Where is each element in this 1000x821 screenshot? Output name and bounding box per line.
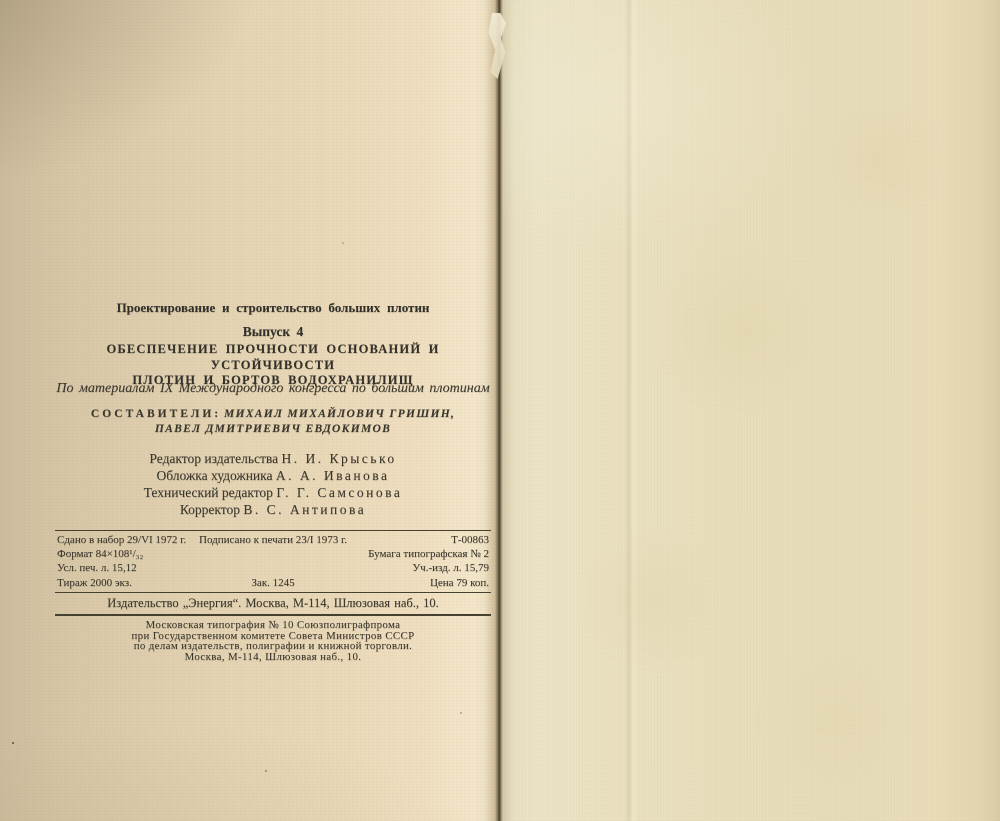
imprint-cell: Бумага типографская № 2 <box>358 547 489 561</box>
imprint-row: Усл. печ. л. 15,12 Уч.-изд. л. 15,79 <box>57 561 489 575</box>
colophon: Проектирование и строительство больших п… <box>55 0 491 821</box>
imprint-cell: Формат 84×108¹/₃₂ <box>57 547 188 561</box>
book-spread: Проектирование и строительство больших п… <box>0 0 1000 821</box>
imprint-cell: Уч.-изд. л. 15,79 <box>358 561 489 575</box>
staff-role: Корректор <box>180 502 240 517</box>
staff-role: Обложка художника <box>156 468 272 483</box>
imprint-cell <box>188 561 358 575</box>
imprint-cell: Тираж 2000 экз. <box>57 576 188 590</box>
divider-rule <box>55 614 491 616</box>
page-crease <box>501 0 1000 821</box>
left-page: Проектирование и строительство больших п… <box>0 0 497 821</box>
imprint-cell: Подписано к печати 23/I 1973 г. <box>188 533 358 547</box>
staff-role: Редактор издательства <box>149 451 278 466</box>
compiler-name-2: ПАВЕЛ ДМИТРИЕВИЧ ЕВДОКИМОВ <box>55 422 491 437</box>
staff-name: Г. Г. Самсонова <box>276 485 402 500</box>
staff-block: Редактор издательства Н. И. Крысько Обло… <box>55 451 491 519</box>
compilers-line1: СОСТАВИТЕЛИ: МИХАИЛ МИХАЙЛОВИЧ ГРИШИН, <box>55 407 491 422</box>
imprint-row: Тираж 2000 экз. Зак. 1245 Цена 79 коп. <box>57 576 489 590</box>
publisher-line: Издательство „Энергия“. Москва, М-114, Ш… <box>55 596 491 611</box>
imprint-cell: Цена 79 коп. <box>358 576 489 590</box>
imprint-row: Сдано в набор 29/VI 1972 г. Подписано к … <box>57 533 489 547</box>
issue-label: Выпуск 4 <box>55 324 491 340</box>
right-page-blank <box>501 0 1000 821</box>
series-title: Проектирование и строительство больших п… <box>55 300 491 316</box>
staff-line-cover-artist: Обложка художника А. А. Иванова <box>55 468 491 485</box>
compilers-label: СОСТАВИТЕЛИ: <box>91 408 221 420</box>
printer-line: Москва, М-114, Шлюзовая наб., 10. <box>55 652 491 663</box>
staff-name: В. С. Антипова <box>243 502 366 517</box>
imprint-cell: Сдано в набор 29/VI 1972 г. <box>57 533 188 547</box>
imprint-cell <box>188 547 358 561</box>
imprint-row: Формат 84×108¹/₃₂ Бумага типографская № … <box>57 547 489 561</box>
printer-block: Московская типография № 10 Союзполиграфп… <box>55 620 491 663</box>
staff-line-editor: Редактор издательства Н. И. Крысько <box>55 451 491 468</box>
imprint-cell: Усл. печ. л. 15,12 <box>57 561 188 575</box>
staff-name: Н. И. Крысько <box>281 451 396 466</box>
imprint-cell: Зак. 1245 <box>188 576 358 590</box>
subtitle: По материалам IX Международного конгресс… <box>55 381 491 397</box>
compiler-name-1: МИХАИЛ МИХАЙЛОВИЧ ГРИШИН, <box>224 408 455 420</box>
book-spine-gutter <box>495 0 503 821</box>
book-title-line1: ОБЕСПЕЧЕНИЕ ПРОЧНОСТИ ОСНОВАНИЙ И УСТОЙЧ… <box>55 342 491 373</box>
paper-speckles <box>12 742 14 744</box>
imprint-table: Сдано в набор 29/VI 1972 г. Подписано к … <box>55 530 491 593</box>
staff-name: А. А. Иванова <box>276 468 390 483</box>
compilers-block: СОСТАВИТЕЛИ: МИХАИЛ МИХАЙЛОВИЧ ГРИШИН, П… <box>55 407 491 436</box>
staff-line-tech-editor: Технический редактор Г. Г. Самсонова <box>55 485 491 502</box>
staff-role: Технический редактор <box>144 485 273 500</box>
staff-line-proofreader: Корректор В. С. Антипова <box>55 502 491 519</box>
imprint-cell: Т-00863 <box>358 533 489 547</box>
